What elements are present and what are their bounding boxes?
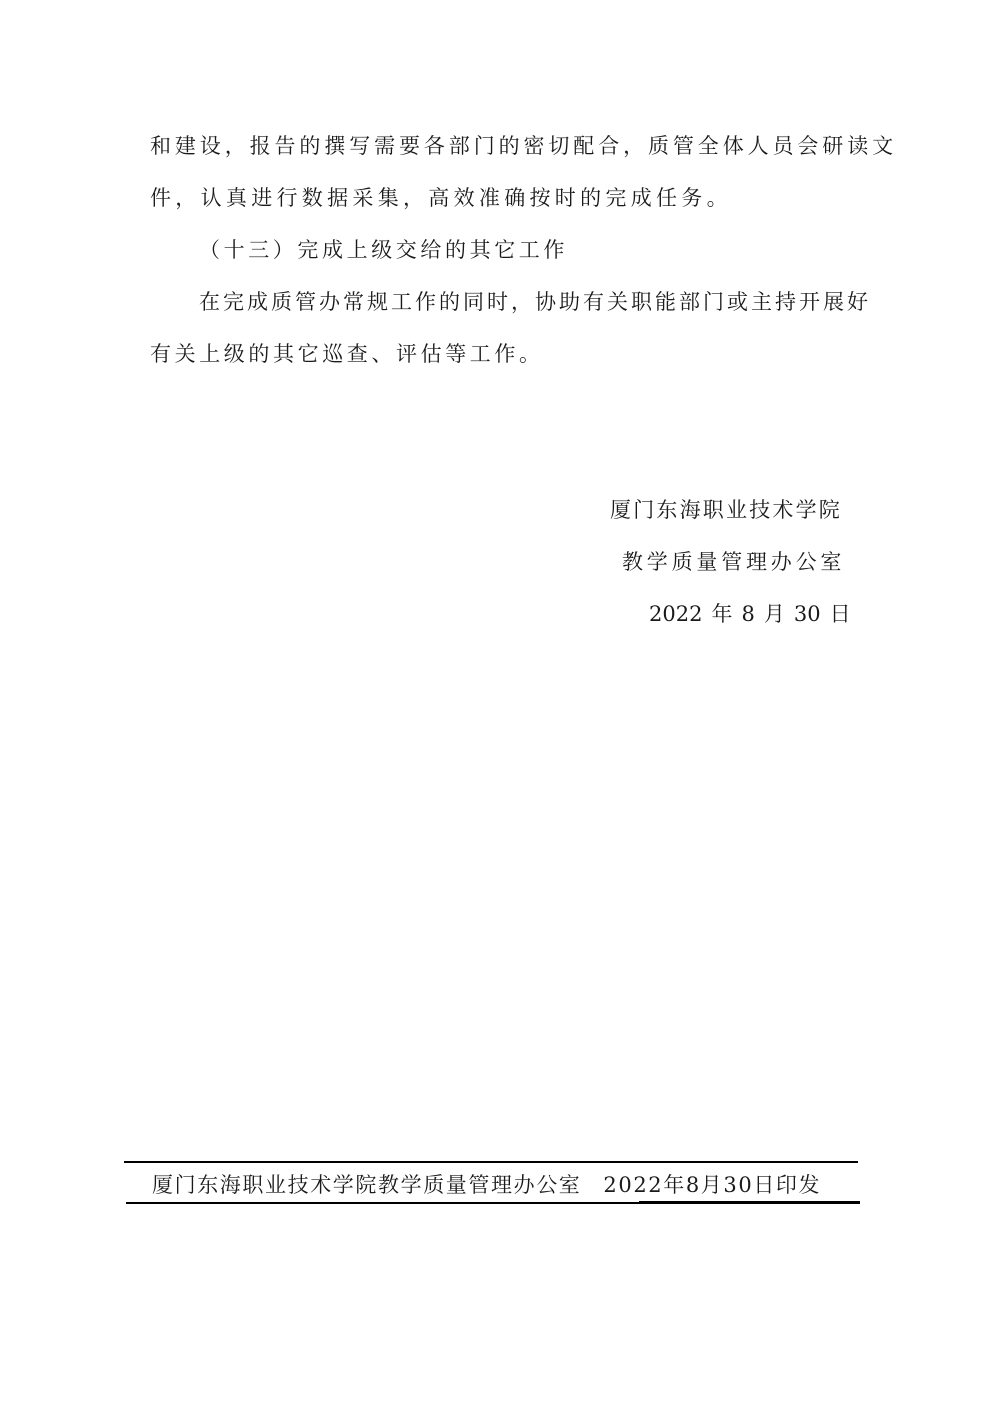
footer-bottom-rule-thick bbox=[639, 1201, 860, 1204]
section-body-line: 在完成质管办常规工作的同时，协助有关职能部门或主持开展好 bbox=[199, 287, 871, 317]
footer-issue-line: 厦门东海职业技术学院教学质量管理办公室2022年8月30日印发 bbox=[152, 1170, 821, 1200]
footer-top-rule bbox=[124, 1161, 858, 1163]
signature-date: 2022年8月30日 bbox=[649, 599, 860, 629]
date-day-unit: 日 bbox=[830, 602, 851, 626]
signature-institution: 厦门东海职业技术学院 bbox=[610, 495, 842, 525]
date-year-unit: 年 bbox=[711, 602, 732, 626]
date-month: 8 bbox=[741, 602, 754, 626]
date-year: 2022 bbox=[649, 602, 702, 626]
paragraph-line: 件，认真进行数据采集，高效准确按时的完成任务。 bbox=[150, 183, 732, 213]
date-day: 30 bbox=[794, 602, 821, 626]
signature-office: 教学质量管理办公室 bbox=[622, 547, 845, 577]
section-heading: （十三）完成上级交给的其它工作 bbox=[199, 235, 568, 265]
footer-issuer: 厦门东海职业技术学院教学质量管理办公室 bbox=[152, 1173, 581, 1197]
section-body-line: 有关上级的其它巡查、评估等工作。 bbox=[150, 339, 544, 369]
date-month-unit: 月 bbox=[764, 602, 785, 626]
footer-issue-date: 2022年8月30日印发 bbox=[603, 1173, 821, 1197]
footer-bottom-rule bbox=[126, 1202, 640, 1204]
paragraph-line: 和建设，报告的撰写需要各部门的密切配合，质管全体人员会研读文 bbox=[150, 131, 897, 161]
